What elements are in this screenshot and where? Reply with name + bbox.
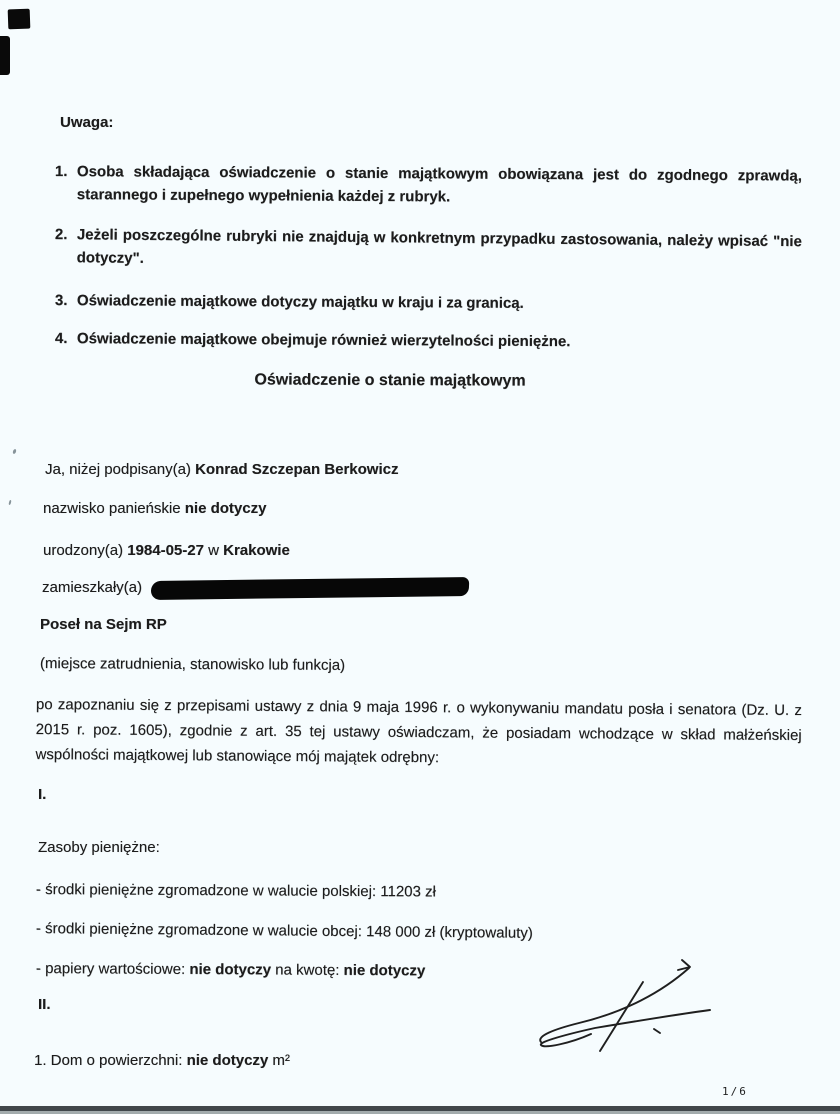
signature-tick — [654, 1029, 660, 1033]
signature — [533, 951, 733, 1061]
notice-item-2: 2. Jeżeli poszczególne rubryki nie znajd… — [55, 223, 802, 276]
scan-artifact-square — [8, 9, 31, 30]
scan-speck — [12, 449, 17, 455]
declarant-prefix: Ja, niżej podpisany(a) — [45, 461, 195, 478]
residence-prefix: zamieszkały(a) — [42, 579, 142, 596]
section-ii-heading: II. — [38, 996, 51, 1013]
position-note: (miejsce zatrudnienia, stanowisko lub fu… — [40, 655, 345, 674]
cash-resources-heading: Zasoby pieniężne: — [38, 839, 160, 856]
notice-item-4: 4. Oświadczenie majątkowe obejmuje równi… — [55, 327, 802, 355]
maiden-name-line: nazwisko panieńskie nie dotyczy — [43, 500, 266, 517]
notice-item-number: 2. — [55, 223, 77, 269]
maiden-value: nie dotyczy — [185, 500, 267, 517]
securities-prefix: - papiery wartościowe: — [36, 960, 190, 978]
position-line: Poseł na Sejm RP — [40, 616, 167, 633]
house-suffix: m² — [268, 1052, 290, 1069]
document-page: Uwaga: 1. Osoba składająca oświadczenie … — [0, 0, 840, 1114]
maiden-prefix: nazwisko panieńskie — [43, 500, 185, 517]
securities-value-1: nie dotyczy — [189, 961, 271, 978]
page-number: 1/6 — [722, 1085, 748, 1098]
securities-line: - papiery wartościowe: nie dotyczy na kw… — [36, 960, 425, 979]
scan-speck — [8, 500, 11, 505]
cash-foreign-line: - środki pieniężne zgromadzone w walucie… — [36, 920, 533, 942]
house-line: 1. Dom o powierzchni: nie dotyczy m² — [34, 1052, 290, 1069]
notice-item-1: 1. Osoba składająca oświadczenie o stani… — [55, 160, 802, 211]
residence-line: zamieszkały(a) — [42, 577, 469, 598]
signature-cross-stroke — [600, 982, 643, 1051]
cash-pln-line: - środki pieniężne zgromadzone w walucie… — [36, 881, 436, 900]
birth-mid: w — [204, 542, 223, 559]
declarant-name: Konrad Szczepan Berkowicz — [195, 461, 398, 478]
notice-item-number: 1. — [55, 160, 77, 206]
securities-value-2: nie dotyczy — [344, 962, 426, 979]
signature-sweep-stroke — [540, 968, 689, 1042]
notice-item-number: 3. — [55, 289, 77, 312]
house-prefix: 1. Dom o powierzchni: — [34, 1052, 187, 1069]
birth-city: Krakowie — [223, 542, 290, 559]
birth-date: 1984-05-27 — [127, 542, 204, 559]
securities-mid: na kwotę: — [271, 961, 344, 978]
notice-item-text: Jeżeli poszczególne rubryki nie znajdują… — [77, 223, 802, 276]
declaration-title: Oświadczenie o stanie majątkowym — [0, 370, 780, 391]
scan-artifact-bar — [0, 36, 10, 75]
notice-item-text: Oświadczenie majątkowe dotyczy majątku w… — [77, 289, 802, 316]
notice-item-text: Oświadczenie majątkowe obejmuje również … — [77, 327, 802, 354]
legal-paragraph: po zapoznaniu się z przepisami ustawy z … — [35, 692, 802, 773]
redaction-bar — [151, 577, 470, 600]
section-i-heading: I. — [38, 786, 46, 803]
notice-item-text: Osoba składająca oświadczenie o stanie m… — [77, 160, 802, 210]
house-value: nie dotyczy — [187, 1052, 269, 1069]
declarant-line: Ja, niżej podpisany(a) Konrad Szczepan B… — [45, 461, 398, 478]
signature-loop-stroke — [541, 1010, 710, 1046]
notice-heading: Uwaga: — [60, 114, 113, 131]
notice-item-number: 4. — [55, 327, 77, 350]
notice-item-3: 3. Oświadczenie majątkowe dotyczy majątk… — [55, 289, 802, 317]
birth-prefix: urodzony(a) — [43, 542, 127, 559]
birth-line: urodzony(a) 1984-05-27 w Krakowie — [43, 542, 290, 559]
